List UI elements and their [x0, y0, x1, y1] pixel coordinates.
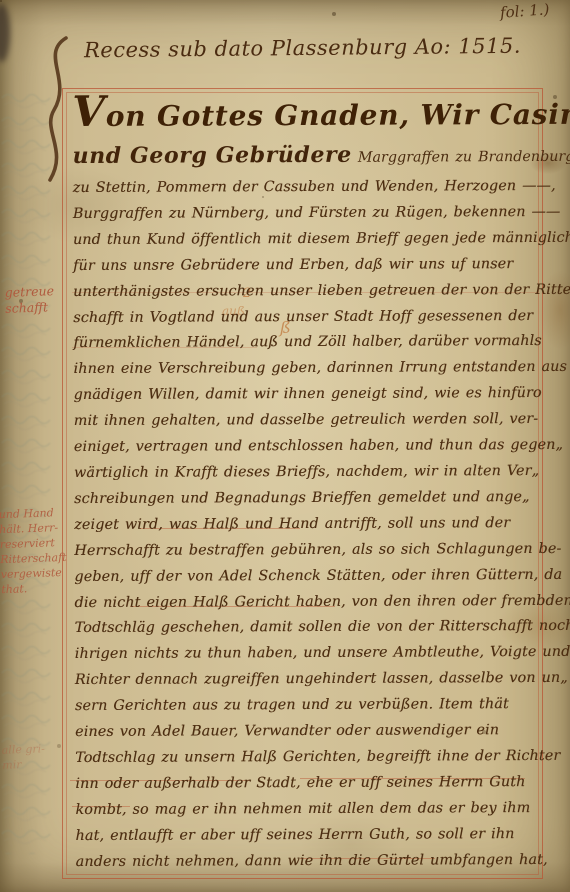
margin-note-line: schafft [5, 299, 55, 317]
subline-big: und Georg Gebrüdere [73, 142, 352, 169]
text-line: Burggraffen zu Nürnberg, und Fürsten zu … [73, 200, 535, 228]
margin-note-line: vergewiste [1, 565, 68, 582]
text-line: ihrigen nichts zu thun haben, und unsere… [75, 640, 537, 668]
binding-edge-shadow [0, 4, 10, 62]
margin-note-line: that. [1, 580, 68, 597]
text-line: einiget, vertragen und entschlossen habe… [74, 433, 536, 461]
bleedthrough-text [0, 86, 58, 854]
manuscript-page: Recess sub dato Plassenburg Ao: 1515. fo… [0, 0, 570, 892]
text-line: schafft in Vogtland und aus unser Stadt … [73, 304, 535, 332]
text-line: zeiget wird, was Halß und Hand antrifft,… [74, 511, 536, 539]
text-line: für uns unsre Gebrüdere und Erben, daß w… [73, 252, 535, 280]
margin-note-line: mir [2, 756, 46, 772]
ink-specks [0, 0, 2, 2]
margin-note-line: alle gri- [1, 741, 45, 757]
opening-line: Von Gottes Gnaden, Wir Casimir und [72, 92, 534, 140]
text-line: Todtschlag zu unsern Halß Gerichten, beg… [75, 744, 537, 772]
text-line: die nicht eigen Halß Gericht haben, von … [74, 588, 536, 616]
document-title: Recess sub dato Plassenburg Ao: 1515. [84, 34, 521, 63]
margin-note-hals-und-hand: und Hand hält. Herr- reserviert Rittersc… [0, 505, 68, 597]
margin-note-faded: alle gri- mir [1, 741, 45, 772]
text-line: geben, uff der von Adel Schenck Stätten,… [74, 563, 536, 591]
subline: und Georg Gebrüdere Marggraffen zu Brand… [72, 138, 534, 176]
text-line: inn oder außerhalb der Stadt, ehe er uff… [75, 770, 537, 798]
text-line: gnädigen Willen, damit wir ihnen geneigt… [74, 381, 536, 409]
margin-note-line: hält. Herr- [0, 520, 66, 537]
text-line: fürnemklichen Händel, auß und Zöll halbe… [73, 329, 535, 357]
text-line: Todtschläg geschehen, damit sollen die v… [75, 614, 537, 642]
text-line: sern Gerichten aus zu tragen und zu verb… [75, 692, 537, 720]
text-line: mit ihnen gehalten, und dasselbe getreul… [74, 407, 536, 435]
text-line: eines von Adel Bauer, Verwandter oder au… [75, 718, 537, 746]
text-line: Herrschafft zu bestraffen gebühren, als … [74, 537, 536, 565]
text-line: wärtiglich in Krafft dieses Brieffs, nac… [74, 459, 536, 487]
subline-rest: Marggraffen zu Brandenburg [352, 149, 570, 166]
main-text-block: Von Gottes Gnaden, Wir Casimir und und G… [72, 92, 537, 875]
text-line: unterthänigstes ersuchen unser lieben ge… [73, 278, 535, 306]
text-line: ihnen eine Verschreibung geben, darinnen… [73, 355, 535, 383]
text-line: und thun Kund öffentlich mit diesem Brie… [73, 226, 535, 254]
text-line: hat, entlaufft er aber uff seines Herrn … [75, 822, 537, 850]
text-line: zu Stettin, Pommern der Cassuben und Wen… [73, 174, 535, 202]
folio-number: fol: 1.) [499, 0, 550, 21]
opening-rest: on Gottes Gnaden, Wir Casimir und [106, 97, 570, 133]
margin-note-line: getreue [4, 283, 54, 301]
opening-initial: V [72, 87, 106, 136]
text-line: Richter dennach zugreiffen ungehindert l… [75, 666, 537, 694]
text-line: anders nicht nehmen, dann wie ihn die Gü… [76, 848, 538, 876]
text-line: schreibungen und Begnadungs Brieffen gem… [74, 485, 536, 513]
text-line: kombt, so mag er ihn nehmen mit allen de… [75, 796, 537, 824]
margin-note-getreue: getreue schafft [4, 283, 54, 317]
